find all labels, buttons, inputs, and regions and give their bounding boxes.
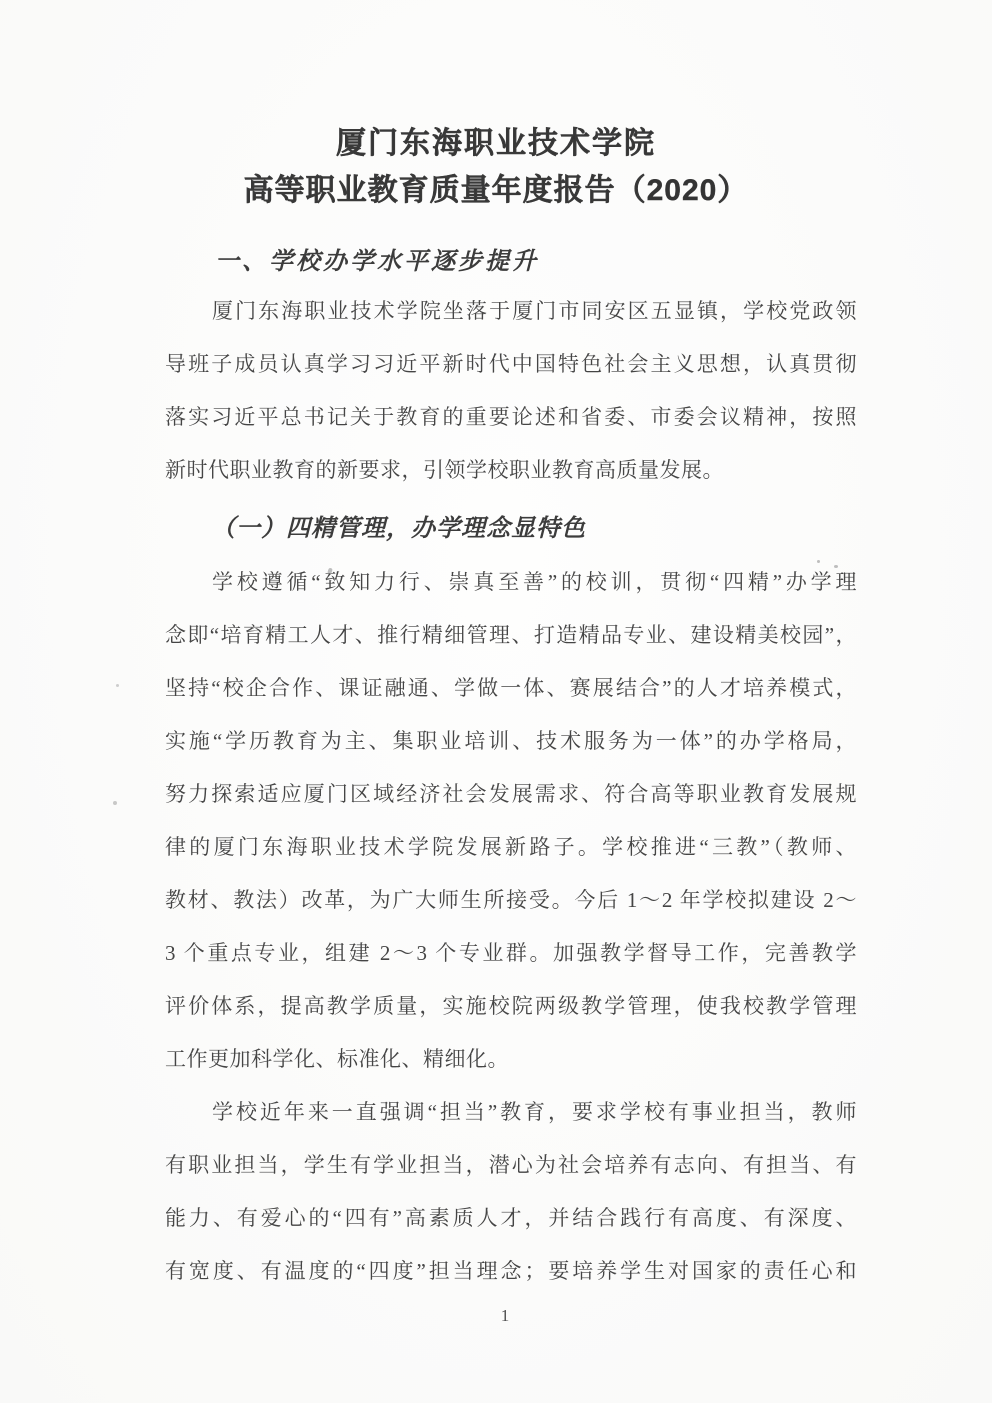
text-line: 念即“培育精工人才、推行精细管理、打造精品专业、建设精美校园”，: [165, 609, 857, 662]
document-page: 厦门东海职业技术学院 高等职业教育质量年度报告（2020） 一、学校办学水平逐步…: [0, 0, 992, 1403]
scan-speck: [113, 801, 117, 805]
paragraph-3: 学校近年来一直强调“担当”教育，要求学校有事业担当，教师有职业担当，学生有学业担…: [165, 1086, 857, 1298]
text-line: 评价体系，提高教学质量，实施校院两级教学管理，使我校教学管理: [165, 980, 857, 1033]
section-heading: 一、学校办学水平逐步提升: [165, 244, 857, 280]
text-line: 能力、有爱心的“四有”高素质人才，并结合践行有高度、有深度、: [165, 1192, 857, 1245]
text-line: 厦门东海职业技术学院坐落于厦门市同安区五显镇，学校党政领: [165, 285, 857, 338]
paragraph-2: 学校遵循“致知力行、崇真至善”的校训，贯彻“四精”办学理念即“培育精工人才、推行…: [165, 556, 857, 1086]
subsection-heading: （一）四精管理，办学理念显特色: [165, 509, 857, 549]
scan-speck: [834, 565, 838, 568]
document-title-line2: 高等职业教育质量年度报告（2020）: [0, 169, 992, 213]
text-line: 努力探索适应厦门区域经济社会发展需求、符合高等职业教育发展规: [165, 768, 857, 821]
paragraph-1: 厦门东海职业技术学院坐落于厦门市同安区五显镇，学校党政领导班子成员认真学习习近平…: [165, 285, 857, 497]
text-line: 3 个重点专业，组建 2～3 个专业群。加强教学督导工作，完善教学: [165, 927, 857, 980]
text-line: 新时代职业教育的新要求，引领学校职业教育高质量发展。: [165, 444, 857, 497]
text-line: 导班子成员认真学习习近平新时代中国特色社会主义思想，认真贯彻: [165, 338, 857, 391]
text-line: 有宽度、有温度的“四度”担当理念；要培养学生对国家的责任心和: [165, 1245, 857, 1298]
text-line: 学校近年来一直强调“担当”教育，要求学校有事业担当，教师: [165, 1086, 857, 1139]
text-line: 实施“学历教育为主、集职业培训、技术服务为一体”的办学格局，: [165, 715, 857, 768]
page-number: 1: [0, 1306, 992, 1326]
text-line: 教材、教法）改革，为广大师生所接受。今后 1～2 年学校拟建设 2～: [165, 874, 857, 927]
scan-speck: [817, 560, 820, 563]
document-title-line1: 厦门东海职业技术学院: [0, 122, 992, 166]
text-line: 律的厦门东海职业技术学院发展新路子。学校推进“三教”（教师、: [165, 821, 857, 874]
scan-speck: [116, 684, 119, 687]
text-line: 学校遵循“致知力行、崇真至善”的校训，贯彻“四精”办学理: [165, 556, 857, 609]
text-line: 坚持“校企合作、课证融通、学做一体、赛展结合”的人才培养模式，: [165, 662, 857, 715]
text-line: 落实习近平总书记关于教育的重要论述和省委、市委会议精神，按照: [165, 391, 857, 444]
text-line: 有职业担当，学生有学业担当，潜心为社会培养有志向、有担当、有: [165, 1139, 857, 1192]
text-line: 工作更加科学化、标准化、精细化。: [165, 1033, 857, 1086]
